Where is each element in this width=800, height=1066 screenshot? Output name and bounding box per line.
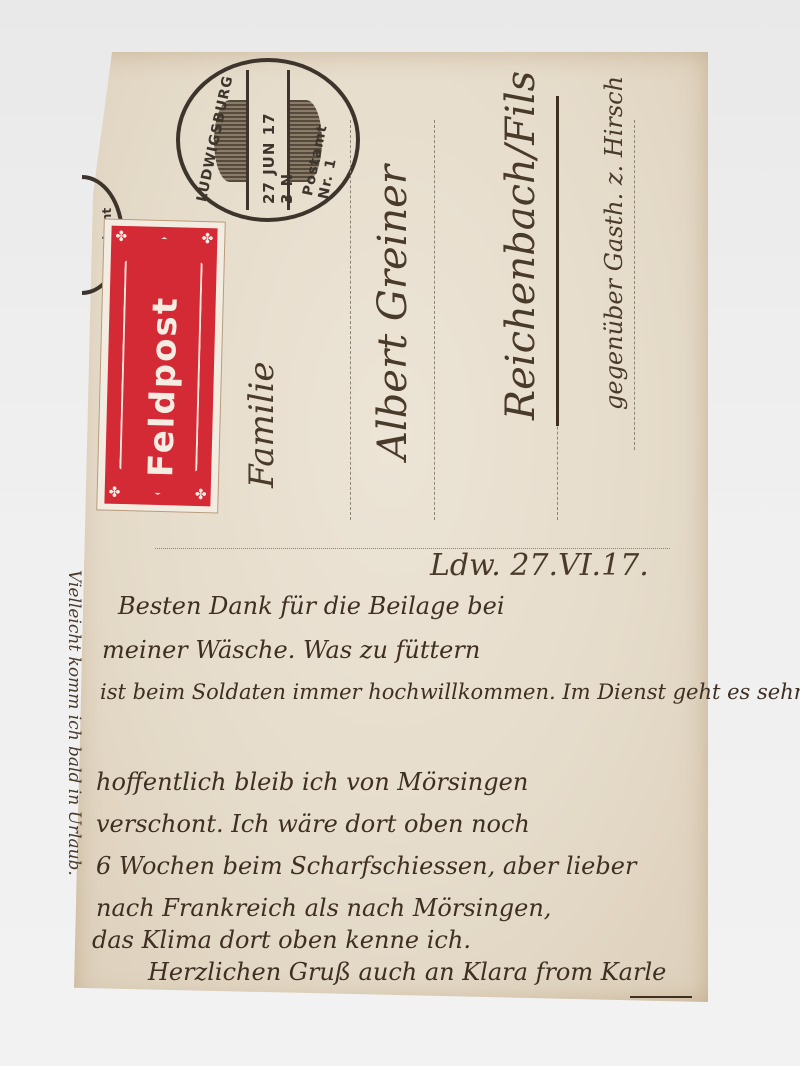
postmark-bar-left [246, 70, 249, 210]
ludwigsburg-postmark: LUDWIGSBURG 27 JUN 17 3 N Postamt Nr. 1 [176, 58, 360, 222]
margin-note: Vielleicht komm ich bald in Urlaub. [64, 570, 84, 876]
address-guide-line [634, 120, 635, 450]
address-guide-line [434, 120, 435, 520]
address-line-familie: Familie [242, 361, 282, 488]
message-line: ist beim Soldaten immer hochwillkommen. … [100, 680, 800, 704]
address-guide-line [350, 120, 351, 520]
postmark-date: 27 JUN 17 3 N [260, 108, 296, 204]
message-line: 6 Wochen beim Scharfschiessen, aber lieb… [96, 852, 636, 880]
address-line-name: Albert Greiner [370, 165, 416, 460]
message-line: nach Frankreich als nach Mörsingen, [96, 894, 551, 922]
message-line: verschont. Ich wäre dort oben noch [96, 810, 530, 838]
town-underline [556, 96, 559, 426]
message-line: hoffentlich bleib ich von Mörsingen [96, 768, 528, 796]
message-line: Besten Dank für die Beilage bei [118, 592, 505, 620]
message-date: Ldw. 27.VI.17. [430, 548, 649, 583]
clover-icon: ✤ [195, 488, 207, 502]
address-line-location: gegenüber Gasth. z. Hirsch [600, 76, 628, 410]
clover-icon: ✤ [201, 232, 213, 246]
address-line-town: Reichenbach/Fils [498, 71, 544, 420]
feldpost-label-text: Feldpost [141, 295, 186, 477]
clover-icon: ✤ [115, 230, 127, 244]
clover-icon: ✤ [108, 486, 120, 500]
feldpost-label-red-field: ✤ ✤ ✤ ✤ Feldpost [104, 226, 217, 507]
message-line: das Klima dort oben kenne ich. [92, 926, 471, 954]
feldpost-label: ✤ ✤ ✤ ✤ Feldpost [96, 218, 226, 513]
message-signature-line: Herzlichen Gruß auch an Klara from Karle [148, 958, 666, 986]
signature-underline [630, 996, 692, 998]
message-line: meiner Wäsche. Was zu füttern [102, 636, 480, 664]
